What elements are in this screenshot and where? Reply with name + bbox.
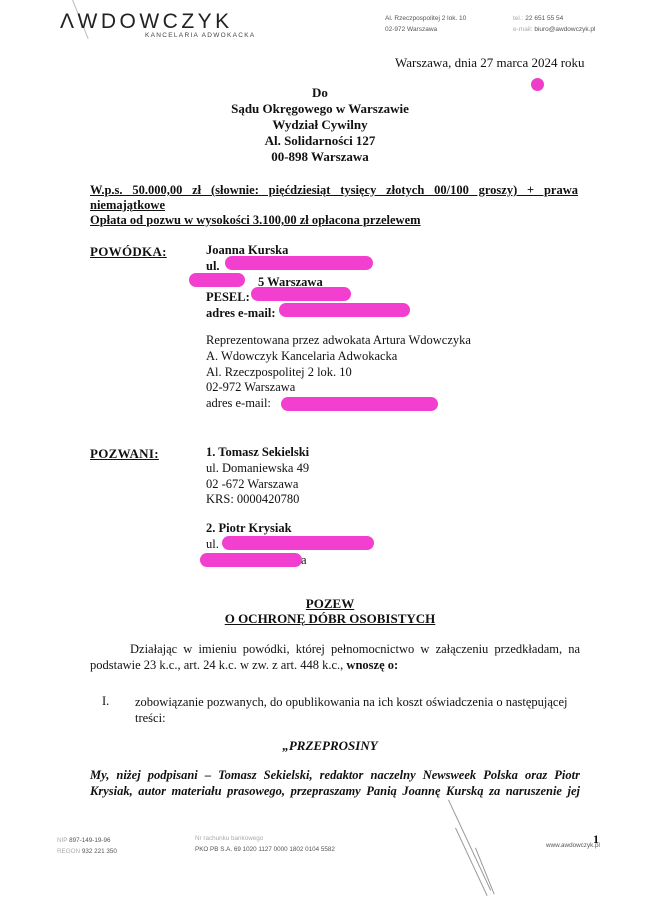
- defendant-1-city: 02 -672 Warszawa: [206, 477, 309, 493]
- tel-value: 22 651 55 54: [525, 15, 563, 22]
- representation-line: A. Wdowczyk Kancelaria Adwokacka: [206, 349, 471, 365]
- recipient-line: 00-898 Warszawa: [200, 149, 440, 165]
- redaction-defendant-2-street: [222, 536, 374, 550]
- item-text: zobowiązanie pozwanych, do opublikowania…: [135, 694, 580, 726]
- document-title: POZEW O OCHRONĘ DÓBR OSOBISTYCH: [200, 596, 460, 626]
- decorative-line: [448, 800, 491, 891]
- defendant-1-street: ul. Domaniewska 49: [206, 461, 309, 477]
- claim-value-line: W.p.s. 50.000,00 zł (słownie: pięćdziesi…: [90, 183, 578, 199]
- recipient-line: Do: [200, 85, 440, 101]
- defendant-1: 1. Tomasz Sekielski ul. Domaniewska 49 0…: [206, 445, 309, 508]
- decorative-line: [455, 828, 488, 896]
- firm-logo: ΛWDOWCZYK: [60, 10, 233, 34]
- court-fee-line: Opłata od pozwu w wysokości 3.100,00 zł …: [90, 213, 421, 228]
- recipient-line: Wydział Cywilny: [200, 117, 440, 133]
- title-line2: O OCHRONĘ DÓBR OSOBISTYCH: [200, 611, 460, 626]
- intro-paragraph: Działając w imieniu powódki, której pełn…: [90, 641, 580, 673]
- regon-label: REGON: [57, 848, 80, 855]
- letterhead-address: Al. Rzeczpospolitej 2 lok. 10 02-972 War…: [385, 13, 466, 35]
- intro-text: Działając w imieniu powódki, której pełn…: [90, 642, 580, 672]
- item-number: I.: [102, 694, 109, 709]
- defendants-label: POZWANI:: [90, 446, 159, 462]
- redaction-dot: [531, 78, 544, 91]
- plaintiff-label: POWÓDKA:: [90, 244, 167, 260]
- footer-ids: NIP 897-149-19-96 REGON 932 221 350: [57, 835, 117, 857]
- regon-value: 932 221 350: [82, 848, 117, 855]
- decorative-line: [475, 848, 495, 895]
- nip-value: 897-149-19-96: [69, 837, 110, 844]
- recipient-line: Al. Solidarności 127: [200, 133, 440, 149]
- redaction-postcode: [189, 273, 245, 287]
- letterhead-address-line2: 02-972 Warszawa: [385, 24, 466, 35]
- apology-text: My, niżej podpisani – Tomasz Sekielski, …: [90, 767, 580, 799]
- defendant-1-krs: KRS: 0000420780: [206, 492, 309, 508]
- redaction-email: [279, 303, 410, 317]
- footer-website: www.awdowczyk.pl: [546, 840, 600, 851]
- email-label: e-mail:: [513, 26, 533, 33]
- bank-label: Nr rachunku bankowego: [195, 833, 335, 844]
- tel-label: tel.:: [513, 15, 523, 22]
- defendant-1-name: 1. Tomasz Sekielski: [206, 445, 309, 461]
- representation-line: Reprezentowana przez adwokata Artura Wdo…: [206, 333, 471, 349]
- bank-account: PKO PB S.A. 69 1020 1127 0000 1802 0104 …: [195, 844, 335, 855]
- redaction-defendant-2-city: [200, 553, 302, 567]
- firm-logo-subtitle: KANCELARIA ADWOKACKA: [145, 32, 256, 39]
- nip-label: NIP: [57, 837, 67, 844]
- representation-line: Al. Rzeczpospolitej 2 lok. 10: [206, 365, 471, 381]
- claim-value-line2: niemajątkowe: [90, 198, 165, 214]
- representation-line: 02-972 Warszawa: [206, 380, 471, 396]
- redaction-street: [225, 256, 373, 270]
- redaction-rep-email: [281, 397, 438, 411]
- defendant-2-name: 2. Piotr Krysiak: [206, 521, 307, 537]
- recipient-address: Do Sądu Okręgowego w Warszawie Wydział C…: [200, 85, 440, 165]
- apology-title: „PRZEPROSINY: [200, 738, 460, 754]
- email-value: biuro@awdowczyk.pl: [534, 26, 595, 33]
- redaction-pesel: [251, 287, 351, 301]
- title-line1: POZEW: [200, 596, 460, 611]
- recipient-line: Sądu Okręgowego w Warszawie: [200, 101, 440, 117]
- footer-bank: Nr rachunku bankowego PKO PB S.A. 69 102…: [195, 833, 335, 855]
- date-line: Warszawa, dnia 27 marca 2024 roku: [395, 55, 585, 71]
- letterhead-contact: tel.: 22 651 55 54 e-mail: biuro@awdowcz…: [513, 13, 595, 35]
- letterhead-address-line1: Al. Rzeczpospolitej 2 lok. 10: [385, 13, 466, 24]
- intro-bold-text: wnoszę o:: [346, 658, 398, 672]
